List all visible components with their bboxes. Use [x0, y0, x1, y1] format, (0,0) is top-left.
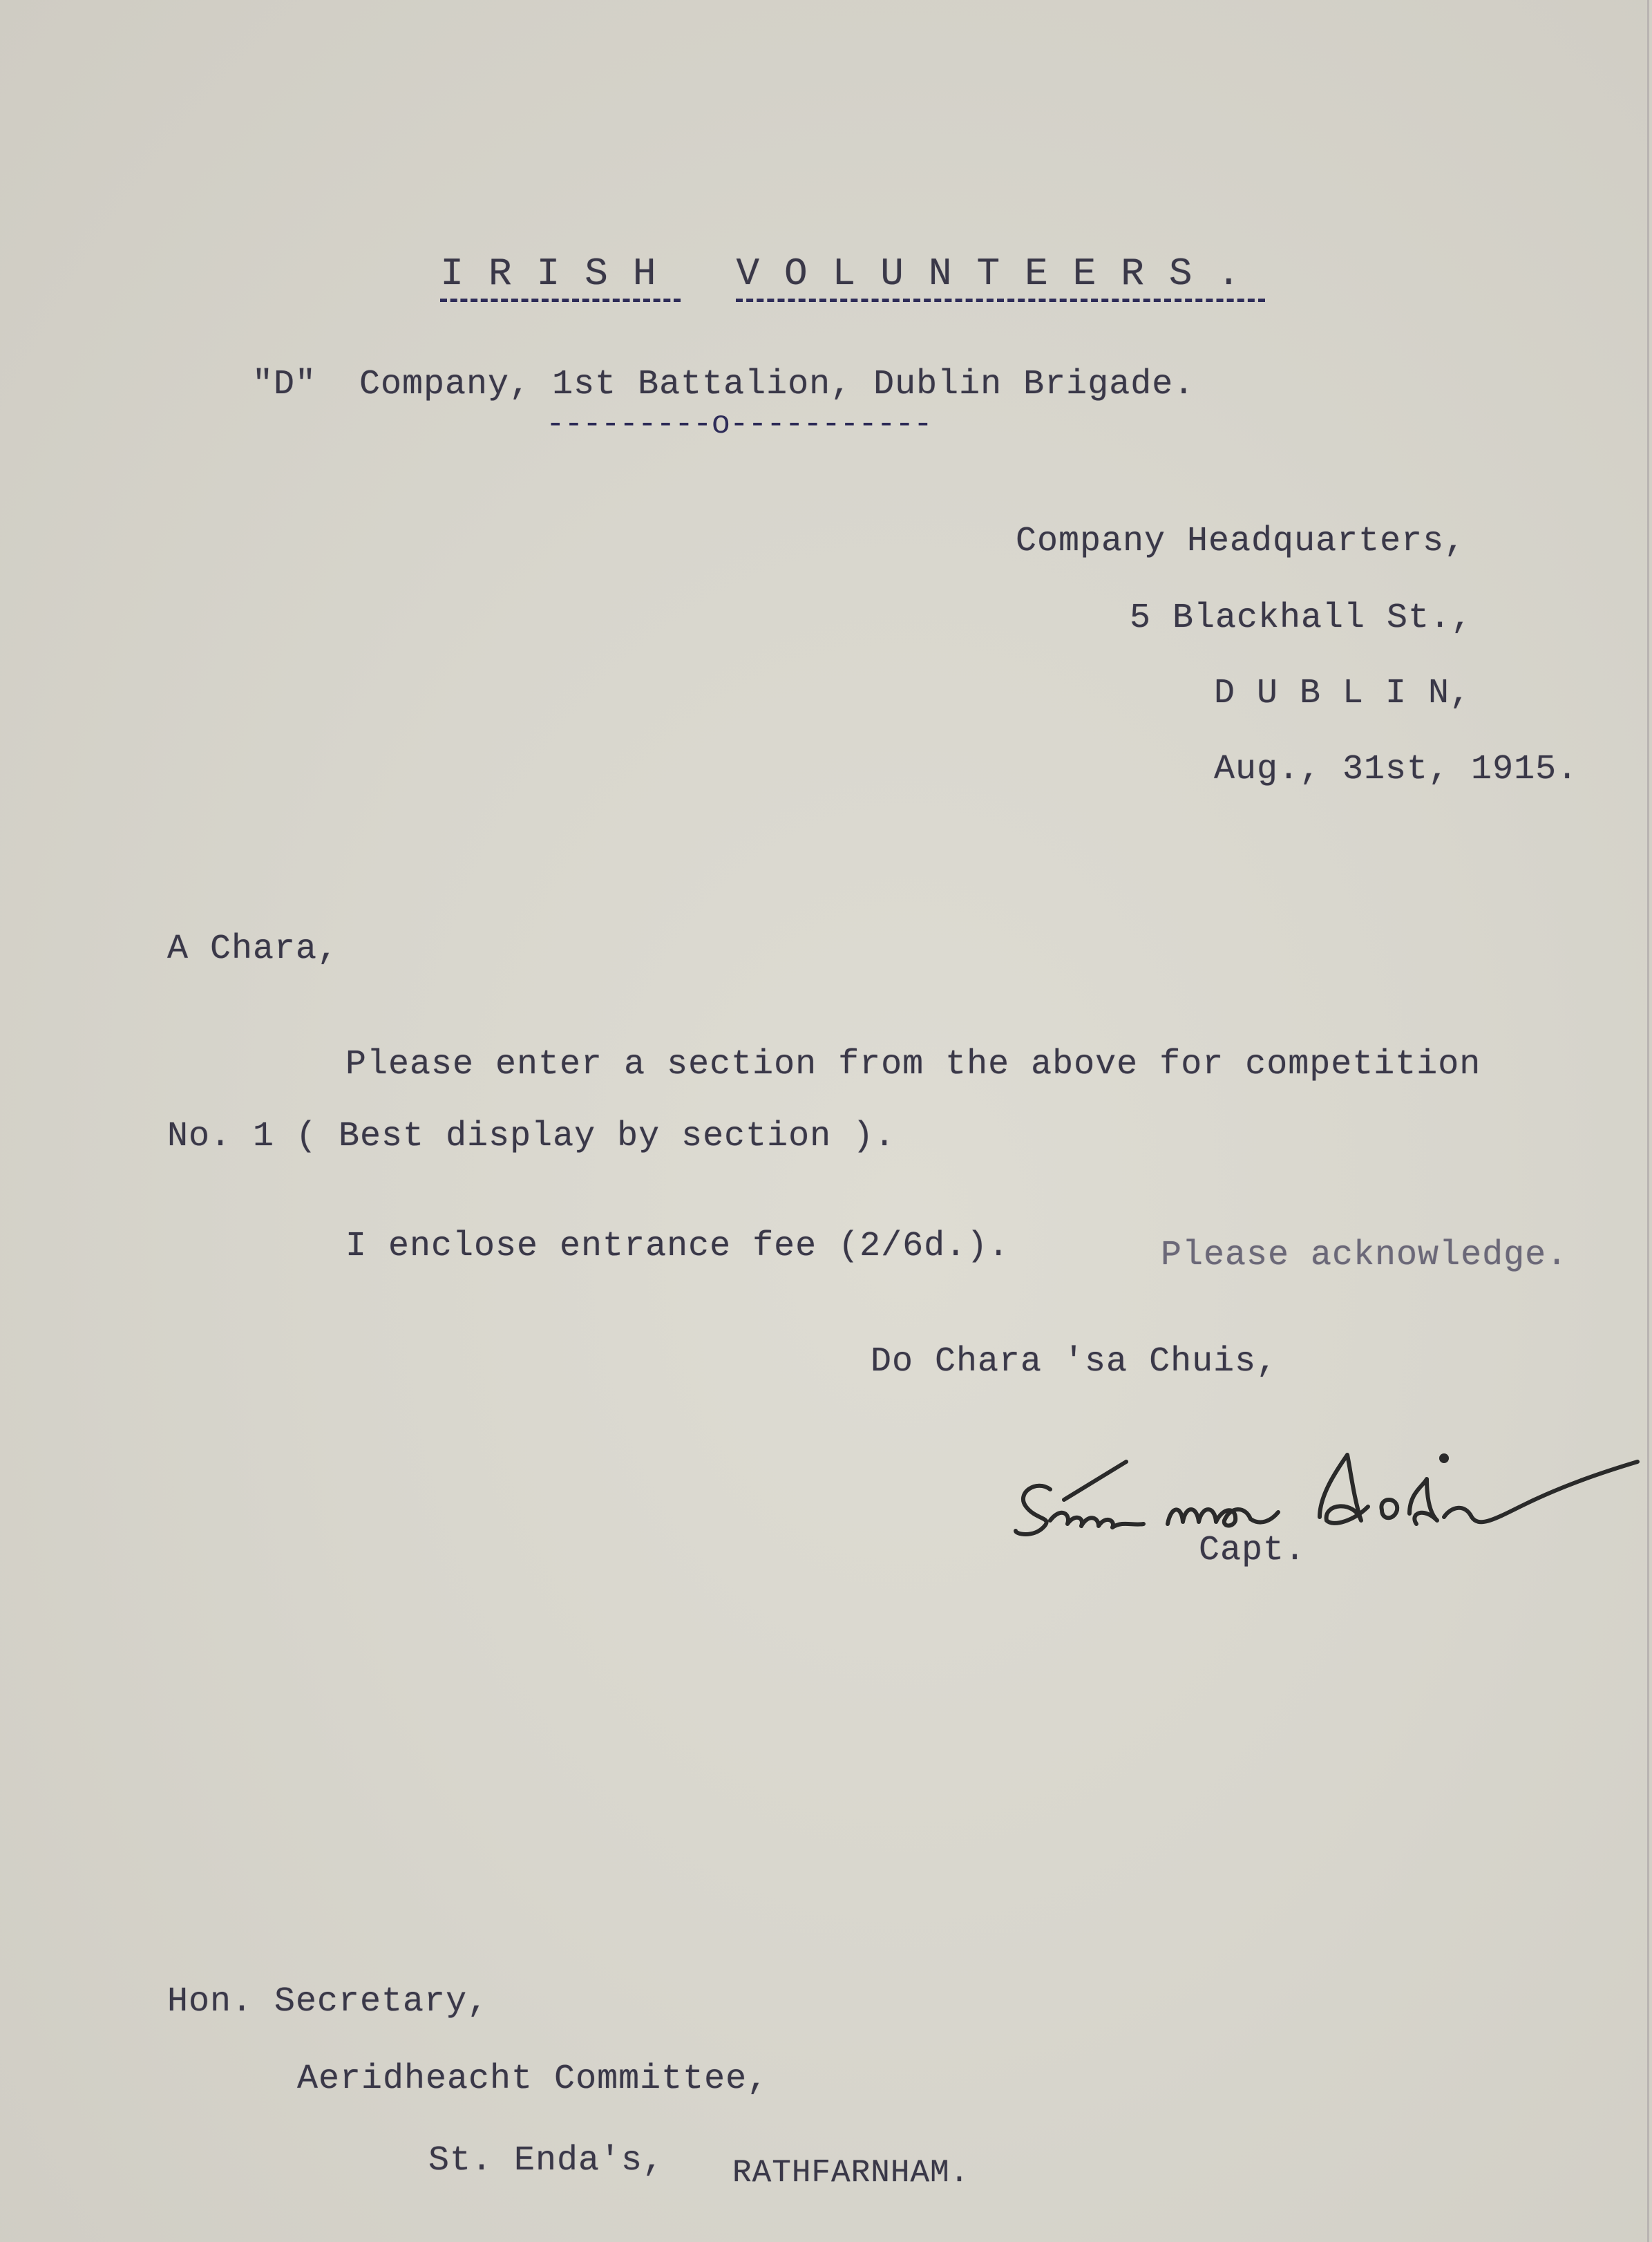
letter-page: IRISHVOLUNTEERS. "D" Company, 1st Battal… — [0, 0, 1649, 2242]
address-line-1: Company Headquarters, — [1016, 522, 1465, 561]
letterhead-separator: ---------o----------- — [546, 406, 932, 442]
letterhead-subtitle: "D" Company, 1st Battalion, Dublin Briga… — [252, 365, 1195, 404]
body-paragraph-1-line-2: No. 1 ( Best display by section ). — [167, 1117, 895, 1156]
salutation: A Chara, — [167, 930, 339, 969]
body-paragraph-1-line-1: Please enter a section from the above fo… — [345, 1045, 1481, 1084]
handwritten-signature — [995, 1424, 1644, 1562]
body-paragraph-2-left: I enclose entrance fee (2/6d.). — [345, 1227, 1009, 1266]
address-line-2: 5 Blackhall St., — [1130, 599, 1472, 638]
body-paragraph-2-right: Please acknowledge. — [1161, 1236, 1568, 1275]
recipient-line-2: Aeridheacht Committee, — [297, 2060, 768, 2099]
letterhead-title: IRISHVOLUNTEERS. — [342, 207, 1265, 346]
recipient-line-3-left: St. Enda's, — [428, 2141, 664, 2180]
letterhead-word-volunteers: VOLUNTEERS. — [736, 252, 1265, 302]
closing: Do Chara 'sa Chuis, — [871, 1342, 1278, 1382]
address-line-3: D U B L I N, — [1214, 674, 1471, 713]
signatory-title: Capt. — [1199, 1531, 1306, 1570]
letterhead-word-irish: IRISH — [440, 252, 681, 302]
letter-date: Aug., 31st, 1915. — [1214, 750, 1578, 789]
recipient-line-3-right: RATHFARNHAM. — [732, 2155, 969, 2191]
recipient-line-1: Hon. Secretary, — [167, 1982, 488, 2022]
